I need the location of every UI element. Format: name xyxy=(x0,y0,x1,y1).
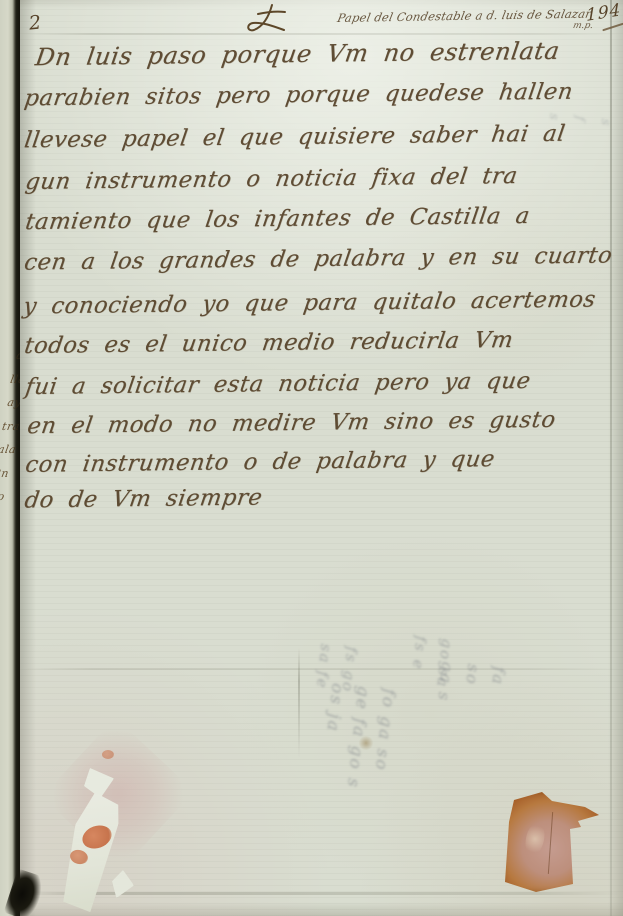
wax-seal-remnant-right xyxy=(502,792,602,892)
handwritten-line: do de Vm siempre xyxy=(23,485,264,514)
seal-stain-halo xyxy=(42,718,195,871)
wax-fragment xyxy=(102,750,114,759)
handwritten-line: en el modo no medire Vm sino es gusto xyxy=(26,407,558,439)
handwritten-line: gun instrumento o noticia fixa del tra xyxy=(24,163,520,195)
small-ink-stain xyxy=(358,736,374,750)
handwritten-line: Dn luis paso porque Vm no estrenlata xyxy=(33,37,561,71)
paper-fragment xyxy=(112,870,134,898)
letter-body: Dn luis paso porque Vm no estrenlata par… xyxy=(20,0,623,540)
handwritten-line: tamiento que los infantes de Castilla a xyxy=(24,203,532,235)
fold-crease-vertical xyxy=(298,648,300,758)
ink-showthrough: fo ga so ge fa go s os ja xyxy=(314,682,402,793)
handwritten-line: fui a solicitar esta noticia pero ya que xyxy=(24,368,533,400)
handwritten-line: cen a los grandes de palabra y en su cua… xyxy=(23,242,615,275)
ink-showthrough: fa so ga s xyxy=(430,660,512,709)
wax-seal-blob xyxy=(502,792,602,892)
handwritten-line: con instrumento o de palabra y que xyxy=(24,446,497,478)
handwritten-line: llevese papel el que quisiere saber hai … xyxy=(23,121,567,154)
handwritten-line: y conociendo yo que para quitalo acertem… xyxy=(22,287,598,320)
handwritten-line: parabien sitos pero porque quedese halle… xyxy=(23,79,575,112)
handwritten-line: todos es el unico medio reducirla Vm xyxy=(23,327,516,359)
torn-seal-remnant-left xyxy=(42,738,192,908)
manuscript-page: 2 Papel del Condestable a d. luis de Sal… xyxy=(20,0,623,916)
manuscript-scan: ber em 9 na lle til n al nel ba np so as… xyxy=(0,0,623,916)
